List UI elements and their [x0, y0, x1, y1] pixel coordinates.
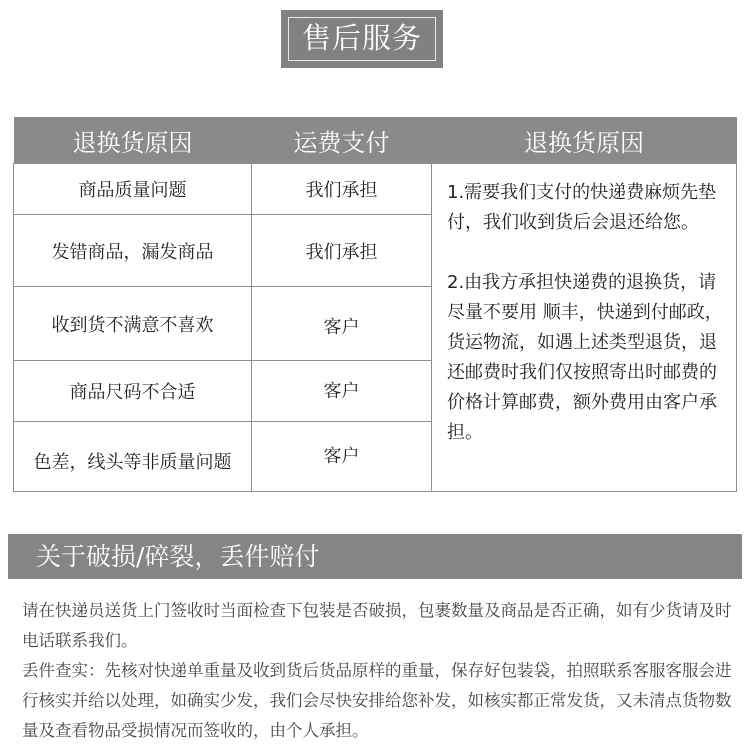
page-title: 售后服务 — [288, 17, 436, 61]
reason-cell: 色差，线头等非质量问题 — [14, 422, 252, 492]
reason-cell: 收到货不满意不喜欢 — [14, 287, 252, 361]
notes-cell: 1.需要我们支付的快递费麻烦先垫付，我们收到货后会退还给您。 2.由我方承担快递… — [432, 164, 737, 492]
return-policy-table: 退换货原因 运费支付 退换货原因 商品质量问题 我们承担 1.需要我们支付的快递… — [13, 117, 737, 492]
header-shipping-payment: 运费支付 — [252, 117, 432, 164]
note-1: 1.需要我们支付的快递费麻烦先垫付，我们收到货后会退还给您。 — [447, 178, 728, 238]
header-reason: 退换货原因 — [14, 117, 252, 164]
payer-cell: 客户 — [252, 287, 432, 361]
reason-cell: 商品尺码不合适 — [14, 361, 252, 422]
reason-cell: 商品质量问题 — [14, 164, 252, 215]
table-row: 商品质量问题 我们承担 1.需要我们支付的快递费麻烦先垫付，我们收到货后会退还给… — [14, 164, 737, 215]
title-banner: 售后服务 — [281, 10, 443, 68]
payer-cell: 客户 — [252, 422, 432, 492]
damage-section-body: 请在快递员送货上门签收时当面检查下包装是否破损，包裹数量及商品是否正确，如有少货… — [22, 596, 734, 746]
reason-cell: 发错商品，漏发商品 — [14, 215, 252, 287]
payer-cell: 我们承担 — [252, 164, 432, 215]
table-header-row: 退换货原因 运费支付 退换货原因 — [14, 117, 737, 164]
note-2: 2.由我方承担快递费的退换货，请尽量不要用 顺丰，快递到付邮政，货运物流，如遇上… — [447, 268, 728, 448]
payer-cell: 客户 — [252, 361, 432, 422]
damage-paragraph-1: 请在快递员送货上门签收时当面检查下包装是否破损，包裹数量及商品是否正确，如有少货… — [22, 596, 734, 656]
damage-paragraph-2: 丢件查实：先核对快递单重量及收到货后货品原样的重量，保存好包装袋，拍照联系客服客… — [22, 656, 734, 746]
header-notes: 退换货原因 — [432, 117, 737, 164]
damage-section-heading: 关于破损/碎裂，丢件赔付 — [8, 534, 742, 579]
payer-cell: 我们承担 — [252, 215, 432, 287]
